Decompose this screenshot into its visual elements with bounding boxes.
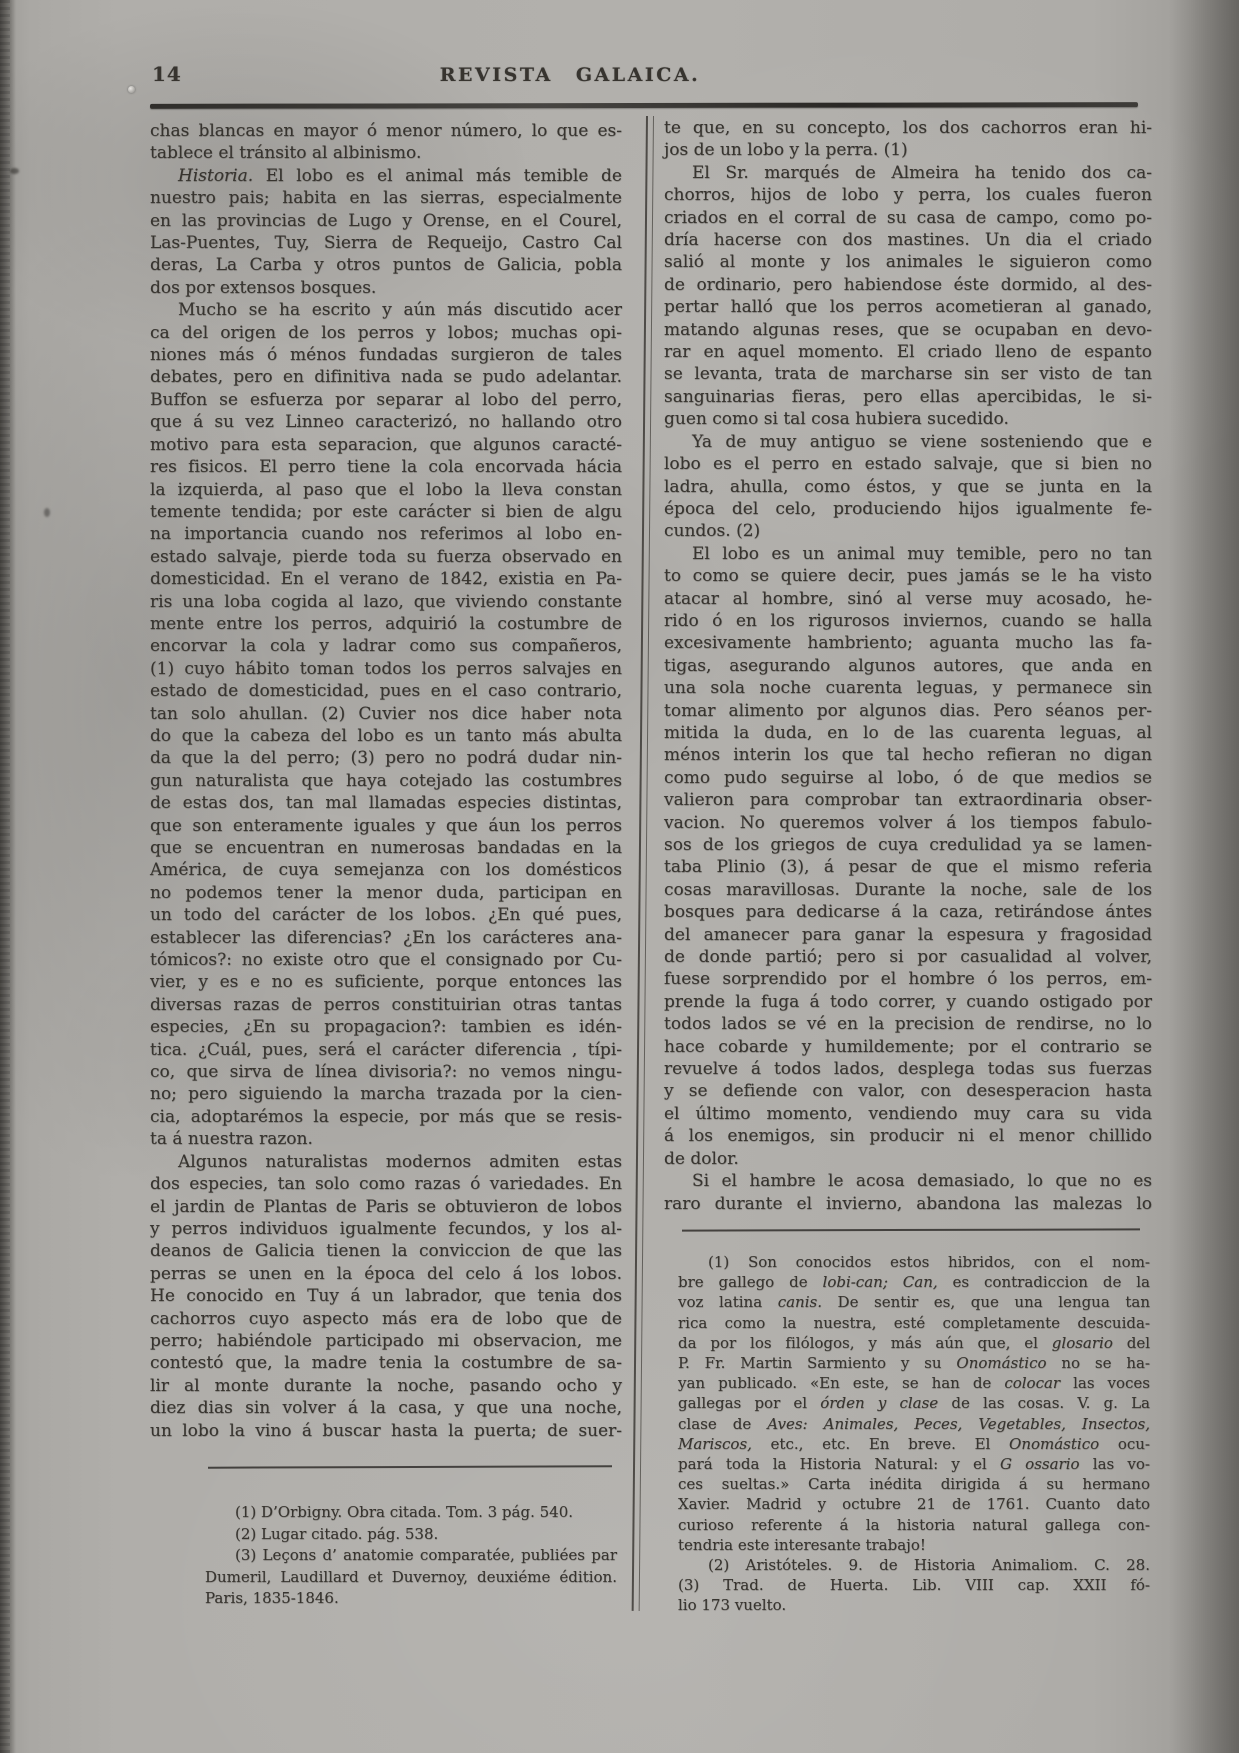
text-line: bosques para dedicarse á la caza, retirá… bbox=[664, 901, 1152, 923]
text-line: tica. ¿Cuál, pues, será el carácter dife… bbox=[150, 1039, 622, 1061]
text-line: prende la fuga á todo correr, y cuando o… bbox=[664, 991, 1152, 1013]
text-line: Historia. El lobo es el animal más temib… bbox=[150, 165, 622, 187]
text-line: de ordinario, pero habiendose éste dormi… bbox=[664, 274, 1152, 296]
left-column: chas blancas en mayor ó menor número, lo… bbox=[150, 120, 622, 1442]
text-line: sanguinarias fieras, pero ellas apercibi… bbox=[664, 386, 1152, 408]
text-line: dos por extensos bosques. bbox=[150, 277, 622, 299]
paper-speck bbox=[128, 86, 135, 93]
text-line: tan solo ahullan. (2) Cuvier nos dice ha… bbox=[150, 703, 622, 725]
binding-edge-texture bbox=[0, 0, 10, 1753]
text-line: ces sueltas.» Carta inédita dirigida á s… bbox=[678, 1474, 1150, 1494]
text-line: sos de los griegos de cuya credulidad ya… bbox=[664, 834, 1152, 856]
text-line: el último momento, vendiendo muy cara su… bbox=[664, 1103, 1152, 1125]
text-line: tómicos?: no existe otro que el consigna… bbox=[150, 949, 622, 971]
text-line: res fisicos. El perro tiene la cola enco… bbox=[150, 456, 622, 478]
text-line: deras, La Carba y otros puntos de Galici… bbox=[150, 254, 622, 276]
text-line: pará toda la Historia Natural: y el G os… bbox=[678, 1454, 1150, 1474]
text-line: (3) Leçons d’ anatomie comparatée, publi… bbox=[205, 1545, 617, 1567]
text-line: ris una loba cogida al lazo, que viviend… bbox=[150, 591, 622, 613]
text-line: todos lados se vé en la precision de ren… bbox=[664, 1013, 1152, 1035]
text-line: perras se unen en la época del celo á lo… bbox=[150, 1263, 622, 1285]
text-line: Las-Puentes, Tuy, Sierra de Requeijo, Ca… bbox=[150, 232, 622, 254]
text-line: niones más ó ménos fundadas surgieron de… bbox=[150, 344, 622, 366]
text-line: Si el hambre le acosa demasiado, lo que … bbox=[664, 1170, 1152, 1192]
text-line: lobo es el perro en estado salvaje, que … bbox=[664, 453, 1152, 475]
text-line: matando algunas reses, que se ocupaban e… bbox=[664, 319, 1152, 341]
right-column: te que, en su concepto, los dos cachorro… bbox=[664, 117, 1152, 1215]
text-line: á los enemigos, sin producir ni el menor… bbox=[664, 1125, 1152, 1147]
text-line: cundos. (2) bbox=[664, 520, 1152, 542]
text-line: taba Plinio (3), á pesar de que el mismo… bbox=[664, 856, 1152, 878]
text-line: bre gallego de lobi-can; Can, es contrad… bbox=[678, 1272, 1150, 1292]
text-line: dría hacerse con dos mastines. Un dia el… bbox=[664, 229, 1152, 251]
text-line: Xavier. Madrid y octubre 21 de 1761. Cua… bbox=[678, 1494, 1150, 1514]
text-line: deanos de Galicia tienen la conviccion d… bbox=[150, 1240, 622, 1262]
text-line: establecer las diferencias? ¿En los cará… bbox=[150, 927, 622, 949]
text-line: Ya de muy antiguo se viene sosteniendo q… bbox=[664, 431, 1152, 453]
text-line: He conocido en Tuy á un labrador, que te… bbox=[150, 1285, 622, 1307]
text-line: de estas dos, tan mal llamadas especies … bbox=[150, 792, 622, 814]
text-line: (2) Lugar citado. pág. 538. bbox=[205, 1524, 617, 1546]
text-line: debates, pero en difinitiva nada se pudo… bbox=[150, 366, 622, 388]
text-line: vacion. No queremos volver á los tiempos… bbox=[664, 812, 1152, 834]
text-line: el jardin de Plantas de Paris se obtuvie… bbox=[150, 1196, 622, 1218]
text-line: criados en el corral de su casa de campo… bbox=[664, 207, 1152, 229]
text-line: lio 173 vuelto. bbox=[678, 1595, 1150, 1615]
gutter-shadow bbox=[1169, 0, 1239, 1753]
text-line: encorvar la cola y ladrar como sus compa… bbox=[150, 635, 622, 657]
text-line: y se defiende con valor, con desesperaci… bbox=[664, 1080, 1152, 1102]
text-line: domesticidad. En el verano de 1842, exis… bbox=[150, 568, 622, 590]
text-line: que á su vez Linneo caracterizó, no hall… bbox=[150, 411, 622, 433]
text-line: gallegas por el órden y clase de las cos… bbox=[678, 1393, 1150, 1413]
text-line: ta á nuestra razon. bbox=[150, 1128, 622, 1150]
text-line: época del celo, produciendo hijos igualm… bbox=[664, 498, 1152, 520]
text-line: Algunos naturalistas modernos admiten es… bbox=[150, 1151, 622, 1173]
text-line: lir al monte durante la noche, pasando o… bbox=[150, 1375, 622, 1397]
text-line: valieron para comprobar tan extraordinar… bbox=[664, 789, 1152, 811]
text-line: rar en aquel momento. El criado lleno de… bbox=[664, 341, 1152, 363]
text-line: como pudo seguirse al lobo, ó de que med… bbox=[664, 767, 1152, 789]
text-line: diez dias sin volver á la casa, y que un… bbox=[150, 1397, 622, 1419]
text-line: rido ó en los rigurosos inviernos, cuand… bbox=[664, 610, 1152, 632]
text-line: Mucho se ha escrito y aún más discutido … bbox=[150, 299, 622, 321]
ink-speck bbox=[10, 168, 19, 174]
text-line: vier, y es e no es suficiente, porque en… bbox=[150, 971, 622, 993]
text-line: de donde partió; pero si por casualidad … bbox=[664, 946, 1152, 968]
text-line: Buffon se esfuerza por separar al lobo d… bbox=[150, 389, 622, 411]
text-line: América, de cuya semejanza con los domés… bbox=[150, 859, 622, 881]
text-line: un todo del carácter de los lobos. ¿En q… bbox=[150, 904, 622, 926]
journal-title: REVISTA GALAICA. bbox=[0, 64, 1140, 86]
left-column-footnotes: (1) D’Orbigny. Obra citada. Tom. 3 pág. … bbox=[205, 1502, 617, 1610]
text-line: excesivamente hambriento; aguanta mucho … bbox=[664, 632, 1152, 654]
text-line: en las provincias de Lugo y Orense, en e… bbox=[150, 210, 622, 232]
text-line: no podemos tener la menor duda, particip… bbox=[150, 882, 622, 904]
text-line: dos especies, tan solo como razas ó vari… bbox=[150, 1173, 622, 1195]
ink-speck bbox=[44, 508, 50, 517]
text-line: tendria este interesante trabajo! bbox=[678, 1535, 1150, 1555]
text-line: to como se quiere decir, pues jamás se l… bbox=[664, 565, 1152, 587]
text-line: mitida la duda, en lo de las cuarenta le… bbox=[664, 722, 1152, 744]
text-line: P. Fr. Martin Sarmiento y su Onomástico … bbox=[678, 1353, 1150, 1373]
text-line: hace cobarde y humildemente; por el cont… bbox=[664, 1036, 1152, 1058]
text-line: (1) cuyo hábito toman todos los perros s… bbox=[150, 658, 622, 680]
scanned-journal-page: 14 REVISTA GALAICA. chas blancas en mayo… bbox=[0, 0, 1239, 1753]
text-line: ménos interin los que tal hecho refieran… bbox=[664, 744, 1152, 766]
text-line: nuestro pais; habita en las sierras, esp… bbox=[150, 187, 622, 209]
text-line: mente entre los perros, adquirió la cost… bbox=[150, 613, 622, 635]
text-line: yan publicado. «En este, se han de coloc… bbox=[678, 1373, 1150, 1393]
text-line: (3) Trad. de Huerta. Lib. VIII cap. XXII… bbox=[678, 1575, 1150, 1595]
text-line: una sola noche cuarenta leguas, y perman… bbox=[664, 677, 1152, 699]
right-footnote-rule bbox=[682, 1228, 1140, 1231]
text-line: perro; habiéndole participado mi observa… bbox=[150, 1330, 622, 1352]
text-line: la izquierda, al paso que el lobo la lle… bbox=[150, 479, 622, 501]
column-divider-rule bbox=[632, 116, 654, 1611]
text-line: clase de Aves: Animales, Peces, Vegetabl… bbox=[678, 1414, 1150, 1434]
text-line: tablece el tránsito al albinismo. bbox=[150, 142, 622, 164]
text-line: da por los filólogos, y más aún que, el … bbox=[678, 1333, 1150, 1353]
text-line: Paris, 1835-1846. bbox=[205, 1588, 617, 1610]
text-line: rica como la nuestra, esté completamente… bbox=[678, 1313, 1150, 1333]
text-line: que son enteramente iguales y que áun lo… bbox=[150, 815, 622, 837]
text-line: contestó que, la madre tenia la costumbr… bbox=[150, 1352, 622, 1374]
text-line: Mariscos, etc., etc. En breve. El Onomás… bbox=[678, 1434, 1150, 1454]
text-line: da que la del perro; (3) pero no podrá d… bbox=[150, 747, 622, 769]
text-line: cosas maravillosas. Durante la noche, sa… bbox=[664, 879, 1152, 901]
text-line: na importancia cuando nos referimos al l… bbox=[150, 523, 622, 545]
text-line: Dumeril, Laudillard et Duvernoy, deuxiém… bbox=[205, 1567, 617, 1589]
text-line: tigas, asegurando algunos autores, que a… bbox=[664, 655, 1152, 677]
text-line: atacar al hombre, sinó al verse muy acos… bbox=[664, 588, 1152, 610]
text-line: motivo para esta separacion, que algunos… bbox=[150, 434, 622, 456]
text-line: que se encuentran en numerosas bandadas … bbox=[150, 837, 622, 859]
text-line: se levanta, trata de marcharse sin ser v… bbox=[664, 363, 1152, 385]
text-line: do que la cabeza del lobo es un tanto má… bbox=[150, 725, 622, 747]
text-line: (1) D’Orbigny. Obra citada. Tom. 3 pág. … bbox=[205, 1502, 617, 1524]
text-line: ladra, ahulla, como éstos, y que se junt… bbox=[664, 476, 1152, 498]
right-column-footnotes: (1) Son conocidos estos hibridos, con el… bbox=[678, 1252, 1150, 1616]
left-footnote-rule bbox=[208, 1465, 612, 1468]
header-rule bbox=[150, 102, 1138, 109]
text-line: voz latina canis. De sentir es, que una … bbox=[678, 1292, 1150, 1312]
text-line: temente tendida; por este carácter si bi… bbox=[150, 501, 622, 523]
text-line: guen como si tal cosa hubiera sucedido. bbox=[664, 408, 1152, 430]
text-line: pertar halló que los perros acometieran … bbox=[664, 296, 1152, 318]
text-line: El lobo es un animal muy temible, pero n… bbox=[664, 543, 1152, 565]
text-line: estado de domesticidad, pues en el caso … bbox=[150, 680, 622, 702]
text-line: del amanecer para ganar la espesura y fr… bbox=[664, 924, 1152, 946]
text-line: estado salvaje, pierde toda su fuerza ob… bbox=[150, 546, 622, 568]
text-line: jos de un lobo y la perra. (1) bbox=[664, 139, 1152, 161]
text-line: de dolor. bbox=[664, 1148, 1152, 1170]
text-line: salió al monte y los animales le siguier… bbox=[664, 251, 1152, 273]
text-line: cachorros cuyo aspecto más era de lobo q… bbox=[150, 1308, 622, 1330]
text-line: chorros, hijos de lobo y perra, los cual… bbox=[664, 184, 1152, 206]
text-line: cia, adoptarémos la especie, por más que… bbox=[150, 1106, 622, 1128]
text-line: curioso referente á la historia natural … bbox=[678, 1515, 1150, 1535]
text-line: tomar alimento por algunos dias. Pero sé… bbox=[664, 700, 1152, 722]
text-line: El Sr. marqués de Almeira ha tenido dos … bbox=[664, 162, 1152, 184]
text-line: fuese sorprendido por el hombre ó los pe… bbox=[664, 968, 1152, 990]
text-line: y perros individuos igualmente fecundos,… bbox=[150, 1218, 622, 1240]
text-line: co, que sirva de línea divisoria?: no ve… bbox=[150, 1061, 622, 1083]
text-line: no; pero siguiendo la marcha trazada por… bbox=[150, 1083, 622, 1105]
text-line: (1) Son conocidos estos hibridos, con el… bbox=[678, 1252, 1150, 1272]
text-line: diversas razas de perros constituirian o… bbox=[150, 994, 622, 1016]
text-line: especies, ¿En su propagacion?: tambien e… bbox=[150, 1016, 622, 1038]
text-line: revuelve á todos lados, desplega todas s… bbox=[664, 1058, 1152, 1080]
text-line: raro durante el invierno, abandona las m… bbox=[664, 1193, 1152, 1215]
text-line: te que, en su concepto, los dos cachorro… bbox=[664, 117, 1152, 139]
text-line: (2) Aristóteles. 9. de Historia Animalio… bbox=[678, 1555, 1150, 1575]
text-line: un lobo la vino á buscar hasta la puerta… bbox=[150, 1420, 622, 1442]
text-line: gun naturalista que haya cotejado las co… bbox=[150, 770, 622, 792]
text-line: ca del origen de los perros y lobos; muc… bbox=[150, 322, 622, 344]
text-line: chas blancas en mayor ó menor número, lo… bbox=[150, 120, 622, 142]
